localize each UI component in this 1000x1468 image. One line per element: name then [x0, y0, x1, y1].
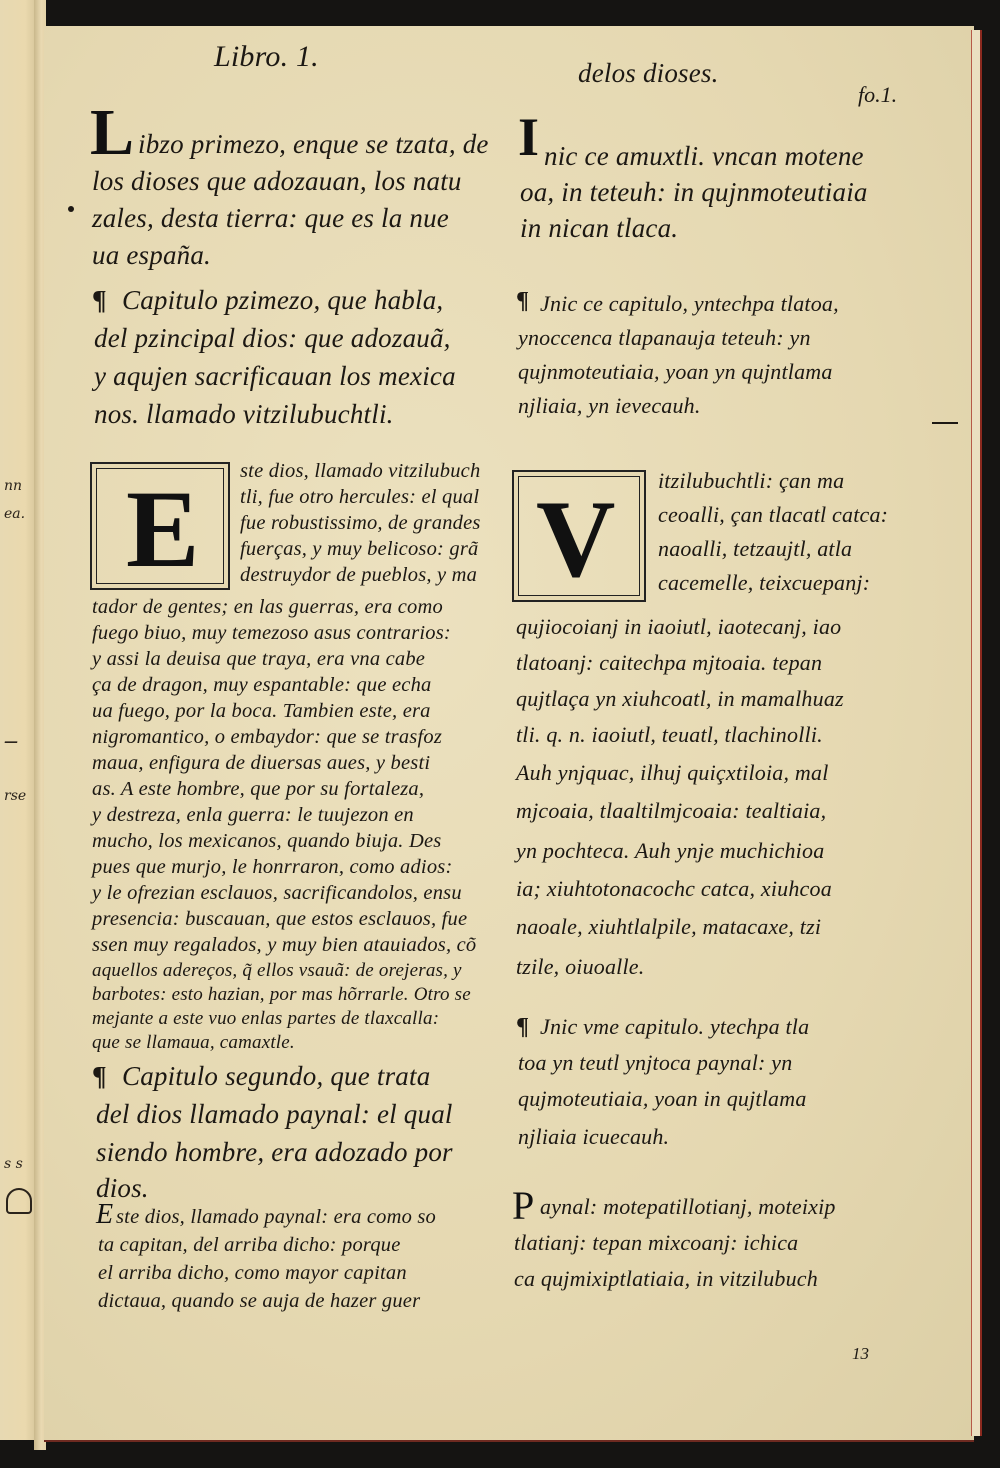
text-line: maua, enfigura de diuersas aues, y besti [92, 750, 430, 776]
text-line: ta capitan, del arriba dicho: porque [98, 1232, 401, 1258]
text-line: y assi la deuisa que traya, era vna cabe [92, 646, 425, 672]
text-line: ua españa. [92, 237, 211, 274]
small-figure-icon [6, 1188, 32, 1214]
drop-initial-i: I [518, 110, 539, 164]
text-line: dictaua, quando se auja de hazer guer [98, 1288, 420, 1314]
text-line: fuego biuo, muy temezoso asus contrarios… [92, 620, 451, 646]
running-head-left: Libro. 1. [214, 40, 319, 74]
text-line: oa, in teteuh: in qujnmoteutiaia [520, 174, 868, 211]
previous-page-fragment: — [4, 734, 18, 750]
text-line: destruydor de pueblos, y ma [240, 562, 477, 588]
text-line: tlatianj: tepan mixcoanj: ichica [514, 1230, 798, 1256]
boxed-initial-v: V [512, 470, 646, 602]
margin-dash-mark [932, 422, 958, 424]
text-line: toa yn teutl ynjtoca paynal: yn [518, 1050, 792, 1076]
text-line: del pzincipal dios: que adozauã, [94, 320, 451, 357]
text-line: tli. q. n. iaoiutl, teuatl, tlachinolli. [516, 722, 823, 748]
text-line: qujnmoteutiaia, yoan yn qujntlama [518, 356, 833, 388]
text-line: nos. llamado vitzilubuchtli. [94, 396, 394, 433]
text-line: ca qujmixiptlatiaia, in vitzilubuch [514, 1266, 818, 1292]
initial-letter: P [512, 1186, 534, 1226]
text-line: el arriba dicho, como mayor capitan [98, 1260, 407, 1286]
text-line: y le ofrezian esclauos, sacrificandolos,… [92, 880, 462, 906]
text-line: cacemelle, teixcuepanj: [658, 570, 870, 596]
text-line: ste dios, llamado vitzilubuch [240, 458, 480, 484]
text-line: yn pochteca. Auh ynje muchichioa [516, 838, 824, 864]
text-line: siendo hombre, era adozado por [96, 1134, 453, 1171]
previous-page-fragment: s s [4, 1156, 23, 1172]
text-line: naoale, xiuhtlalpile, matacaxe, tzi [516, 914, 821, 940]
text-line: Capitulo segundo, que trata [122, 1058, 430, 1095]
text-line: ssen muy regalados, y muy bien atauiados… [92, 932, 476, 958]
text-line: presencia: buscauan, que estos esclauos,… [92, 906, 467, 932]
text-line: barbotes: esto hazian, por mas hõrrarle.… [92, 982, 471, 1008]
text-line: fue robustissimo, de grandes [240, 510, 481, 536]
text-line: Jnic ce capitulo, yntechpa tlatoa, [540, 288, 839, 320]
text-line: del dios llamado paynal: el qual [96, 1096, 453, 1133]
text-line: ia; xiuhtotonacochc catca, xiuhcoa [516, 876, 832, 902]
previous-page-edge: nn ea. — rse s s [0, 0, 37, 1440]
text-line: ceoalli, çan tlacatl catca: [658, 502, 888, 528]
text-line: itzilubuchtli: çan ma [658, 468, 844, 494]
text-line: los dioses que adozauan, los natu [92, 163, 462, 200]
initial-letter: E [96, 1200, 113, 1230]
text-line: aynal: motepatillotianj, moteixip [540, 1194, 836, 1220]
text-line: qujtlaça yn xiuhcoatl, in mamalhuaz [516, 686, 844, 712]
text-line: ibzo primezo, enque se tzata, de [138, 126, 489, 163]
text-line: que se llamaua, camaxtle. [92, 1030, 295, 1056]
text-line: mejante a este vuo enlas partes de tlaxc… [92, 1006, 439, 1032]
text-line: njliaia, yn ievecauh. [518, 390, 701, 422]
text-line: tzile, oiuoalle. [516, 954, 644, 980]
text-line: ua fuego, por la boca. Tambien este, era [92, 698, 431, 724]
text-line: aquellos adereços, q̃ ellos vsauã: de or… [92, 958, 462, 984]
text-line: y destreza, enla guerra: le tuujezon en [92, 802, 414, 828]
text-line: ste dios, llamado paynal: era como so [116, 1204, 436, 1230]
previous-page-fragment: ea. [4, 506, 25, 522]
pilcrow-icon: ¶ [516, 1014, 529, 1040]
text-line: Jnic vme capitulo. ytechpa tla [540, 1014, 809, 1040]
text-line: tli, fue otro hercules: el qual [240, 484, 479, 510]
text-line: mucho, los mexicanos, quando biuja. Des [92, 828, 441, 854]
page-number: 13 [852, 1344, 869, 1364]
text-line: mjcoaia, tlaaltilmjcoaia: tealtiaia, [516, 798, 826, 824]
initial-letter: E [126, 474, 199, 584]
text-line: nic ce amuxtli. vncan motene [544, 138, 864, 175]
text-line: Auh ynjquac, ilhuj quiçxtiloia, mal [516, 760, 829, 786]
text-line: zales, desta tierra: que es la nue [92, 200, 449, 237]
running-head-right: delos dioses. [578, 58, 719, 89]
boxed-initial-e: E [90, 462, 230, 590]
text-line: nigromantico, o embaydor: que se trasfoz [92, 724, 442, 750]
pilcrow-icon: ¶ [92, 282, 107, 319]
text-line: y aqujen sacrificauan los mexica [94, 358, 456, 395]
text-line: fuerças, y muy belicoso: grã [240, 536, 478, 562]
previous-page-fragment: nn [4, 478, 22, 494]
previous-page-fragment: rse [4, 788, 26, 804]
text-line: ça de dragon, muy espantable: que echa [92, 672, 432, 698]
initial-letter: V [536, 484, 615, 594]
text-line: tlatoanj: caitechpa mjtoaia. tepan [516, 650, 822, 676]
text-line: as. A este hombre, que por su fortaleza, [92, 776, 424, 802]
text-line: njliaia icuecauh. [518, 1124, 669, 1150]
drop-initial-l: L [90, 100, 134, 166]
pilcrow-icon: ¶ [516, 288, 529, 314]
page-edge-red-border [971, 30, 982, 1436]
text-line: in nican tlaca. [520, 210, 678, 247]
text-line: Capitulo pzimezo, que habla, [122, 282, 443, 319]
text-line: pues que murjo, le honrraron, como adios… [92, 854, 452, 880]
pilcrow-icon: ¶ [92, 1058, 107, 1095]
margin-asterisk-mark [68, 206, 74, 212]
text-line: ynoccenca tlapanauja teteuh: yn [518, 322, 811, 354]
text-line: tador de gentes; en las guerras, era com… [92, 594, 443, 620]
text-line: naoalli, tetzaujtl, atla [658, 536, 852, 562]
text-line: qujmoteutiaia, yoan in qujtlama [518, 1086, 807, 1112]
text-line: qujiocoianj in iaoiutl, iaotecanj, iao [516, 614, 841, 640]
folio-number: fo.1. [858, 82, 897, 108]
